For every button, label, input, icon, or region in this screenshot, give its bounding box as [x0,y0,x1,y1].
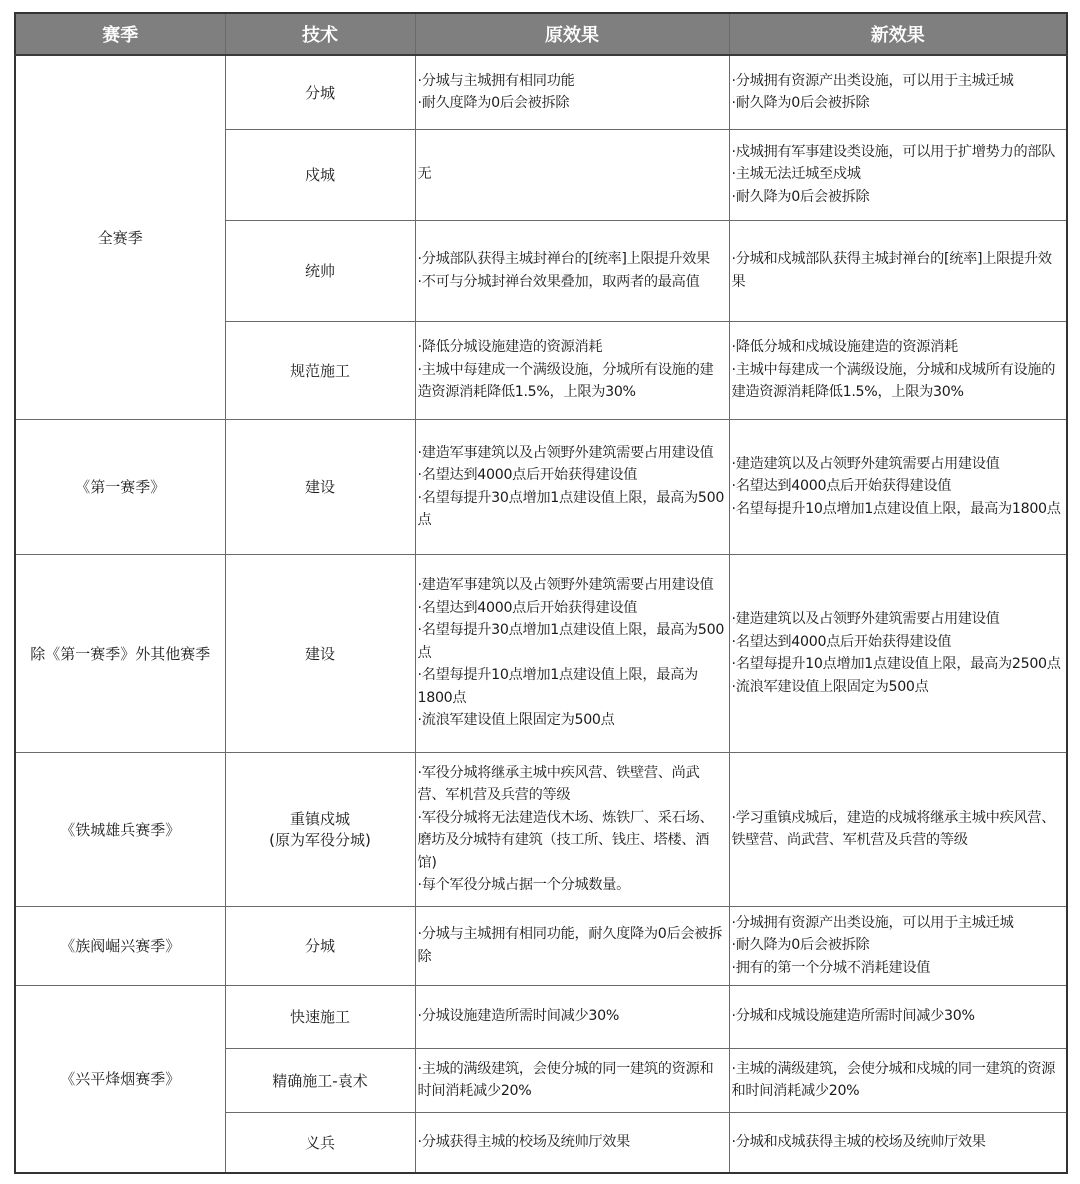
effect-line: ·分城设施建造所需时间减少30% [418,1005,727,1028]
effect-line: ·主城中每建成一个满级设施，分城所有设施的建造资源消耗降低1.5%，上限为30% [418,359,727,404]
effect-line: ·主城的满级建筑，会使分城的同一建筑的资源和时间消耗减少20% [418,1058,727,1103]
tech-name: 重镇戍城 [228,808,413,829]
effect-line: ·每个军役分城占据一个分城数量。 [418,874,727,897]
effect-line: 无 [418,163,727,186]
effect-line: ·主城中每建成一个满级设施，分城和戍城所有设施的建造资源消耗降低1.5%，上限为… [732,359,1065,404]
old-effect-cell: ·建造军事建筑以及占领野外建筑需要占用建设值 ·名望达到4000点后开始获得建设… [415,554,729,752]
tech-cell: 规范施工 [225,321,415,419]
new-effect-cell: ·建造建筑以及占领野外建筑需要占用建设值 ·名望达到4000点后开始获得建设值 … [729,554,1067,752]
effect-line: ·戍城拥有军事建设类设施，可以用于扩增势力的部队 [732,141,1065,164]
effect-line: ·主城无法迁城至戍城 [732,163,1065,186]
header-old-effect: 原效果 [415,13,729,55]
effect-line: ·流浪军建设值上限固定为500点 [418,709,727,732]
effect-line: ·学习重镇戍城后，建造的戍城将继承主城中疾风营、铁壁营、尚武营、军机营及兵营的等… [732,807,1065,852]
effect-line: ·分城和戍城获得主城的校场及统帅厅效果 [732,1131,1065,1154]
new-effect-cell: ·建造建筑以及占领野外建筑需要占用建设值 ·名望达到4000点后开始获得建设值 … [729,419,1067,554]
effect-line: ·军役分城将继承主城中疾风营、铁壁营、尚武营、军机营及兵营的等级 [418,762,727,807]
effect-line: ·降低分城设施建造的资源消耗 [418,336,727,359]
effect-line: ·分城与主城拥有相同功能 [418,70,727,93]
new-effect-cell: ·分城和戍城获得主城的校场及统帅厅效果 [729,1112,1067,1173]
season-cell: 《第一赛季》 [15,419,225,554]
tech-cell: 重镇戍城 (原为军役分城) [225,752,415,906]
effect-line: ·主城的满级建筑，会使分城和戍城的同一建筑的资源和时间消耗减少20% [732,1058,1065,1103]
effect-line: ·名望达到4000点后开始获得建设值 [418,464,727,487]
header-row: 赛季 技术 原效果 新效果 [15,13,1067,55]
effect-line: ·名望达到4000点后开始获得建设值 [732,631,1065,654]
new-effect-cell: ·分城拥有资源产出类设施，可以用于主城迁城 ·耐久降为0后会被拆除 [729,55,1067,129]
effect-line: ·分城和戍城部队获得主城封禅台的[统率]上限提升效果 [732,248,1065,293]
effect-line: ·耐久降为0后会被拆除 [732,92,1065,115]
effect-line: ·名望达到4000点后开始获得建设值 [418,597,727,620]
effect-line: ·名望每提升10点增加1点建设值上限，最高为1800点 [732,498,1065,521]
header-new-effect: 新效果 [729,13,1067,55]
effect-line: ·分城拥有资源产出类设施，可以用于主城迁城 [732,912,1065,935]
old-effect-cell: ·分城设施建造所需时间减少30% [415,985,729,1048]
effect-line: ·分城部队获得主城封禅台的[统率]上限提升效果 [418,248,727,271]
table-row: 《铁城雄兵赛季》 重镇戍城 (原为军役分城) ·军役分城将继承主城中疾风营、铁壁… [15,752,1067,906]
tech-note: (原为军役分城) [228,829,413,850]
tech-cell: 建设 [225,554,415,752]
header-season: 赛季 [15,13,225,55]
effect-line: ·分城与主城拥有相同功能，耐久度降为0后会被拆除 [418,923,727,968]
effect-line: ·军役分城将无法建造伐木场、炼铁厂、采石场、磨坊及分城特有建筑（技工所、钱庄、塔… [418,807,727,875]
old-effect-cell: ·分城部队获得主城封禅台的[统率]上限提升效果 ·不可与分城封禅台效果叠加，取两… [415,220,729,321]
old-effect-cell: ·降低分城设施建造的资源消耗 ·主城中每建成一个满级设施，分城所有设施的建造资源… [415,321,729,419]
effect-line: ·耐久度降为0后会被拆除 [418,92,727,115]
effect-line: ·分城和戍城设施建造所需时间减少30% [732,1005,1065,1028]
effect-line: ·分城拥有资源产出类设施，可以用于主城迁城 [732,70,1065,93]
season-cell: 《兴平烽烟赛季》 [15,985,225,1173]
old-effect-cell: ·建造军事建筑以及占领野外建筑需要占用建设值 ·名望达到4000点后开始获得建设… [415,419,729,554]
effect-line: ·流浪军建设值上限固定为500点 [732,676,1065,699]
effect-line: ·建造军事建筑以及占领野外建筑需要占用建设值 [418,574,727,597]
old-effect-cell: ·分城获得主城的校场及统帅厅效果 [415,1112,729,1173]
table-row: 《兴平烽烟赛季》 快速施工 ·分城设施建造所需时间减少30% ·分城和戍城设施建… [15,985,1067,1048]
tech-cell: 快速施工 [225,985,415,1048]
tech-changes-table: 赛季 技术 原效果 新效果 全赛季 分城 ·分城与主城拥有相同功能 ·耐久度降为… [14,12,1068,1174]
table-row: 全赛季 分城 ·分城与主城拥有相同功能 ·耐久度降为0后会被拆除 ·分城拥有资源… [15,55,1067,129]
old-effect-cell: ·主城的满级建筑，会使分城的同一建筑的资源和时间消耗减少20% [415,1048,729,1112]
tech-cell: 分城 [225,906,415,985]
old-effect-cell: ·军役分城将继承主城中疾风营、铁壁营、尚武营、军机营及兵营的等级 ·军役分城将无… [415,752,729,906]
tech-cell: 分城 [225,55,415,129]
effect-line: ·降低分城和戍城设施建造的资源消耗 [732,336,1065,359]
effect-line: ·建造建筑以及占领野外建筑需要占用建设值 [732,453,1065,476]
season-cell: 全赛季 [15,55,225,419]
old-effect-cell: ·分城与主城拥有相同功能 ·耐久度降为0后会被拆除 [415,55,729,129]
table-row: 除《第一赛季》外其他赛季 建设 ·建造军事建筑以及占领野外建筑需要占用建设值 ·… [15,554,1067,752]
effect-line: ·名望每提升10点增加1点建设值上限，最高为1800点 [418,664,727,709]
new-effect-cell: ·降低分城和戍城设施建造的资源消耗 ·主城中每建成一个满级设施，分城和戍城所有设… [729,321,1067,419]
tech-cell: 义兵 [225,1112,415,1173]
effect-line: ·名望达到4000点后开始获得建设值 [732,475,1065,498]
table-row: 《第一赛季》 建设 ·建造军事建筑以及占领野外建筑需要占用建设值 ·名望达到40… [15,419,1067,554]
new-effect-cell: ·主城的满级建筑，会使分城和戍城的同一建筑的资源和时间消耗减少20% [729,1048,1067,1112]
tech-cell: 统帅 [225,220,415,321]
effect-line: ·不可与分城封禅台效果叠加，取两者的最高值 [418,271,727,294]
effect-line: ·建造建筑以及占领野外建筑需要占用建设值 [732,608,1065,631]
season-cell: 除《第一赛季》外其他赛季 [15,554,225,752]
effect-line: ·耐久降为0后会被拆除 [732,934,1065,957]
tech-cell: 建设 [225,419,415,554]
tech-cell: 精确施工-袁术 [225,1048,415,1112]
header-tech: 技术 [225,13,415,55]
season-cell: 《族阀崛兴赛季》 [15,906,225,985]
new-effect-cell: ·学习重镇戍城后，建造的戍城将继承主城中疾风营、铁壁营、尚武营、军机营及兵营的等… [729,752,1067,906]
tech-cell: 戍城 [225,129,415,220]
new-effect-cell: ·分城和戍城部队获得主城封禅台的[统率]上限提升效果 [729,220,1067,321]
old-effect-cell: ·分城与主城拥有相同功能，耐久度降为0后会被拆除 [415,906,729,985]
effect-line: ·分城获得主城的校场及统帅厅效果 [418,1131,727,1154]
effect-line: ·名望每提升30点增加1点建设值上限，最高为500点 [418,487,727,532]
new-effect-cell: ·分城拥有资源产出类设施，可以用于主城迁城 ·耐久降为0后会被拆除 ·拥有的第一… [729,906,1067,985]
old-effect-cell: 无 [415,129,729,220]
effect-line: ·建造军事建筑以及占领野外建筑需要占用建设值 [418,442,727,465]
new-effect-cell: ·戍城拥有军事建设类设施，可以用于扩增势力的部队 ·主城无法迁城至戍城 ·耐久降… [729,129,1067,220]
effect-line: ·耐久降为0后会被拆除 [732,186,1065,209]
effect-line: ·拥有的第一个分城不消耗建设值 [732,957,1065,980]
effect-line: ·名望每提升30点增加1点建设值上限，最高为500点 [418,619,727,664]
effect-line: ·名望每提升10点增加1点建设值上限，最高为2500点 [732,653,1065,676]
new-effect-cell: ·分城和戍城设施建造所需时间减少30% [729,985,1067,1048]
season-cell: 《铁城雄兵赛季》 [15,752,225,906]
table-row: 《族阀崛兴赛季》 分城 ·分城与主城拥有相同功能，耐久度降为0后会被拆除 ·分城… [15,906,1067,985]
